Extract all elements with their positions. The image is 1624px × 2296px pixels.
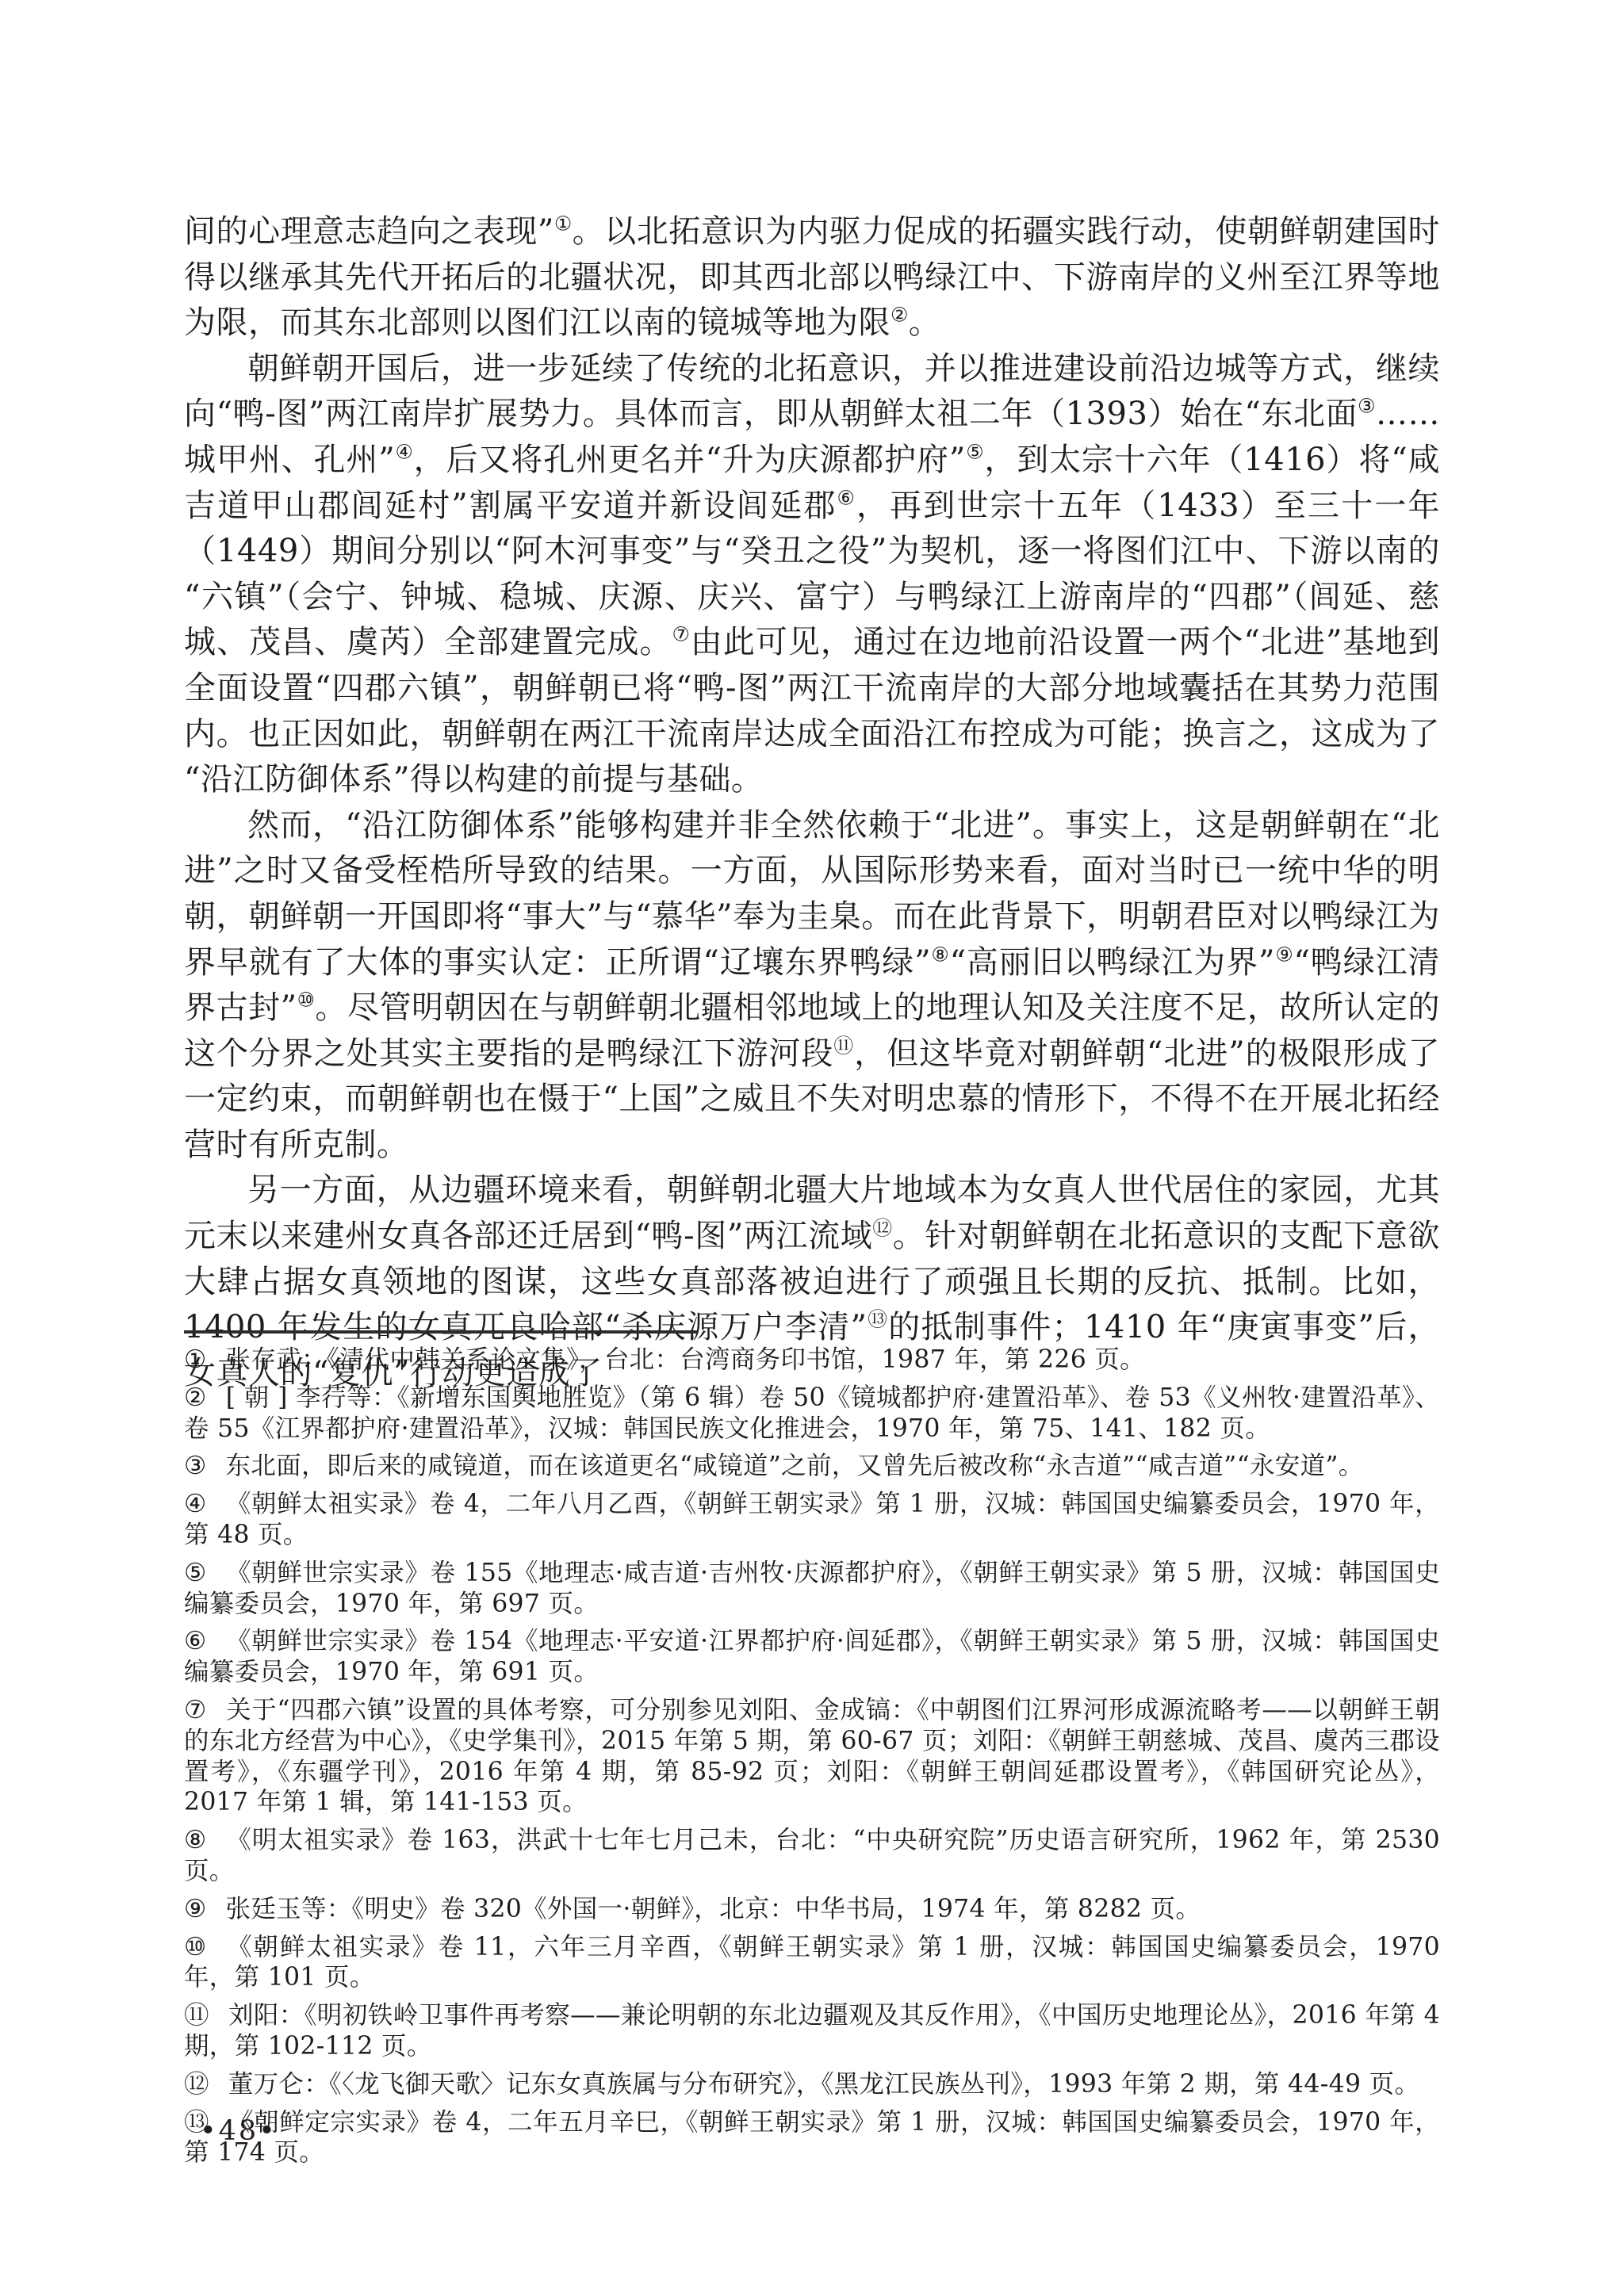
footnote-text: 东北面，即后来的咸镜道，而在该道更名“咸镜道”之前，又曾先后被改称“永吉道”“咸… <box>226 1452 1364 1480</box>
footnote-8: ⑧《明太祖实录》卷 163，洪武十七年七月己未，台北：“中央研究院”历史语言研究… <box>184 1825 1440 1887</box>
footnote-marker: ④ <box>184 1490 207 1518</box>
footnote-marker: ⑤ <box>184 1559 207 1587</box>
footnote-text: 《朝鲜世宗实录》卷 155《地理志·咸吉道·吉州牧·庆源都护府》，《朝鲜王朝实录… <box>184 1559 1440 1618</box>
body-paragraph-1: 间的心理意志趋向之表现”①。以北拓意识为内驱力促成的拓疆实践行动，使朝鲜朝建国时… <box>184 209 1440 346</box>
footnote-text: 《朝鲜定宗实录》卷 4，二年五月辛巳，《朝鲜王朝实录》第 1 册，汉城：韩国国史… <box>184 2108 1440 2168</box>
footnote-marker: ⑩ <box>184 1933 208 1961</box>
body-paragraph-2: 朝鲜朝开国后，进一步延续了传统的北拓意识，并以推进建设前沿边城等方式，继续向“鸭… <box>184 346 1440 803</box>
footnote-5: ⑤《朝鲜世宗实录》卷 155《地理志·咸吉道·吉州牧·庆源都护府》，《朝鲜王朝实… <box>184 1558 1440 1620</box>
footnote-marker: ② <box>184 1383 207 1412</box>
footnote-text: 《朝鲜太祖实录》卷 4，二年八月乙酉，《朝鲜王朝实录》第 1 册，汉城：韩国国史… <box>184 1490 1440 1549</box>
footnote-marker: ③ <box>184 1452 207 1480</box>
body-paragraph-3: 然而，“沿江防御体系”能够构建并非全然依赖于“北进”。事实上，这是朝鲜朝在“北进… <box>184 803 1440 1169</box>
footnote-12: ⑫董万仑：《〈龙飞御天歌〉记东女真族属与分布研究》，《黑龙江民族丛刊》，1993… <box>184 2069 1440 2100</box>
footnote-marker: ① <box>184 1345 207 1374</box>
footnote-11: ⑪刘阳：《明初铁岭卫事件再考察——兼论明朝的东北边疆观及其反作用》，《中国历史地… <box>184 2000 1440 2062</box>
footnote-3: ③东北面，即后来的咸镜道，而在该道更名“咸镜道”之前，又曾先后被改称“永吉道”“… <box>184 1451 1440 1482</box>
footnote-text: 张存武：《清代中韩关系论文集》，台北：台湾商务印书馆，1987 年，第 226 … <box>226 1345 1145 1374</box>
footnote-text: 刘阳：《明初铁岭卫事件再考察——兼论明朝的东北边疆观及其反作用》，《中国历史地理… <box>184 2001 1440 2061</box>
footnote-text: 张廷玉等：《明史》卷 320《外国一·朝鲜》，北京：中华书局，1974 年，第 … <box>226 1895 1201 1923</box>
footnote-9: ⑨张廷玉等：《明史》卷 320《外国一·朝鲜》，北京：中华书局，1974 年，第… <box>184 1894 1440 1925</box>
footnote-1: ①张存武：《清代中韩关系论文集》，台北：台湾商务印书馆，1987 年，第 226… <box>184 1345 1440 1376</box>
footnote-text: 《朝鲜太祖实录》卷 11，六年三月辛酉，《朝鲜王朝实录》第 1 册，汉城：韩国国… <box>184 1933 1440 1992</box>
footnote-marker: ⑧ <box>184 1826 207 1854</box>
journal-page: 间的心理意志趋向之表现”①。以北拓意识为内驱力促成的拓疆实践行动，使朝鲜朝建国时… <box>0 0 1624 2296</box>
footnote-7: ⑦关于“四郡六镇”设置的具体考察，可分别参见刘阳、金成镐：《中朝图们江界河形成源… <box>184 1695 1440 1818</box>
page-number: •48• <box>200 2115 278 2147</box>
body-text: 间的心理意志趋向之表现”①。以北拓意识为内驱力促成的拓疆实践行动，使朝鲜朝建国时… <box>184 209 1440 1396</box>
footnote-marker: ⑫ <box>184 2070 209 2099</box>
footnote-2: ②[ 朝 ] 李荇等：《新增东国舆地胜览》（第 6 辑）卷 50《镜城都护府·建… <box>184 1383 1440 1445</box>
footnote-text: 关于“四郡六镇”设置的具体考察，可分别参见刘阳、金成镐：《中朝图们江界河形成源流… <box>184 1696 1440 1816</box>
footnote-separator <box>184 1330 698 1334</box>
footnote-marker: ⑥ <box>184 1627 207 1655</box>
footnote-marker: ⑪ <box>184 2001 209 2030</box>
footnote-text: 董万仑：《〈龙飞御天歌〉记东女真族属与分布研究》，《黑龙江民族丛刊》，1993 … <box>228 2070 1419 2099</box>
footnotes: ①张存武：《清代中韩关系论文集》，台北：台湾商务印书馆，1987 年，第 226… <box>184 1345 1440 2175</box>
footnote-marker: ⑨ <box>184 1895 207 1923</box>
footnote-6: ⑥《朝鲜世宗实录》卷 154《地理志·平安道·江界都护府·闾延郡》，《朝鲜王朝实… <box>184 1626 1440 1688</box>
footnote-marker: ⑦ <box>184 1696 207 1724</box>
footnote-text: [ 朝 ] 李荇等：《新增东国舆地胜览》（第 6 辑）卷 50《镜城都护府·建置… <box>184 1383 1440 1443</box>
footnote-4: ④《朝鲜太祖实录》卷 4，二年八月乙酉，《朝鲜王朝实录》第 1 册，汉城：韩国国… <box>184 1489 1440 1551</box>
footnote-text: 《朝鲜世宗实录》卷 154《地理志·平安道·江界都护府·闾延郡》，《朝鲜王朝实录… <box>184 1627 1440 1686</box>
footnote-10: ⑩《朝鲜太祖实录》卷 11，六年三月辛酉，《朝鲜王朝实录》第 1 册，汉城：韩国… <box>184 1932 1440 1994</box>
footnote-13: ⑬《朝鲜定宗实录》卷 4，二年五月辛巳，《朝鲜王朝实录》第 1 册，汉城：韩国国… <box>184 2107 1440 2169</box>
footnote-text: 《明太祖实录》卷 163，洪武十七年七月己未，台北：“中央研究院”历史语言研究所… <box>184 1826 1440 1885</box>
